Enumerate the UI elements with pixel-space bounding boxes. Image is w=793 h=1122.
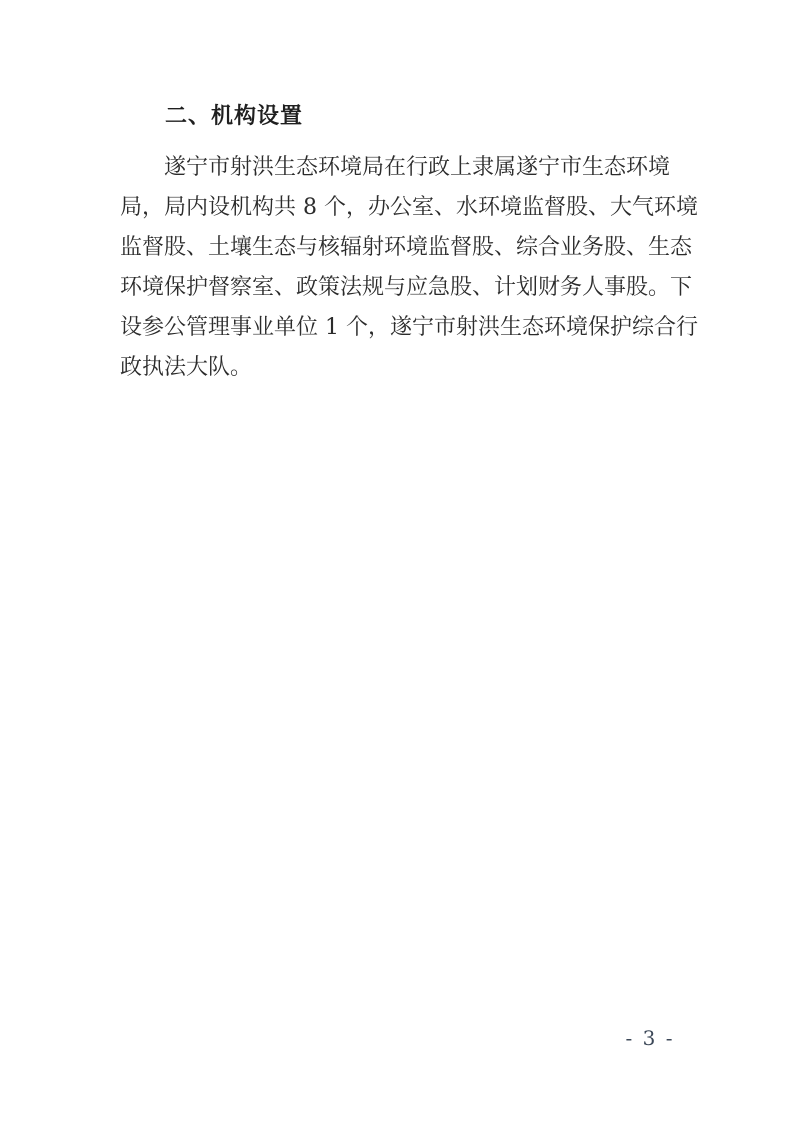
paragraph-line: 遂宁市射洪生态环境局在行政上隶属遂宁市生态环境 bbox=[120, 148, 670, 188]
page-number: - 3 - bbox=[600, 1024, 700, 1052]
page-content: 二、机构设置 遂宁市射洪生态环境局在行政上隶属遂宁市生态环境局，局内设机构共 8… bbox=[120, 103, 670, 388]
paragraph-line: 政执法大队。 bbox=[120, 348, 670, 388]
document-page: 二、机构设置 遂宁市射洪生态环境局在行政上隶属遂宁市生态环境局，局内设机构共 8… bbox=[0, 0, 793, 1122]
section-heading: 二、机构设置 bbox=[120, 103, 670, 131]
paragraph-line: 设参公管理事业单位 1 个，遂宁市射洪生态环境保护综合行 bbox=[120, 308, 670, 348]
body-paragraph: 遂宁市射洪生态环境局在行政上隶属遂宁市生态环境局，局内设机构共 8 个，办公室、… bbox=[120, 148, 670, 388]
paragraph-line: 局，局内设机构共 8 个，办公室、水环境监督股、大气环境 bbox=[120, 188, 670, 228]
paragraph-line: 环境保护督察室、政策法规与应急股、计划财务人事股。下 bbox=[120, 268, 670, 308]
paragraph-line: 监督股、土壤生态与核辐射环境监督股、综合业务股、生态 bbox=[120, 228, 670, 268]
